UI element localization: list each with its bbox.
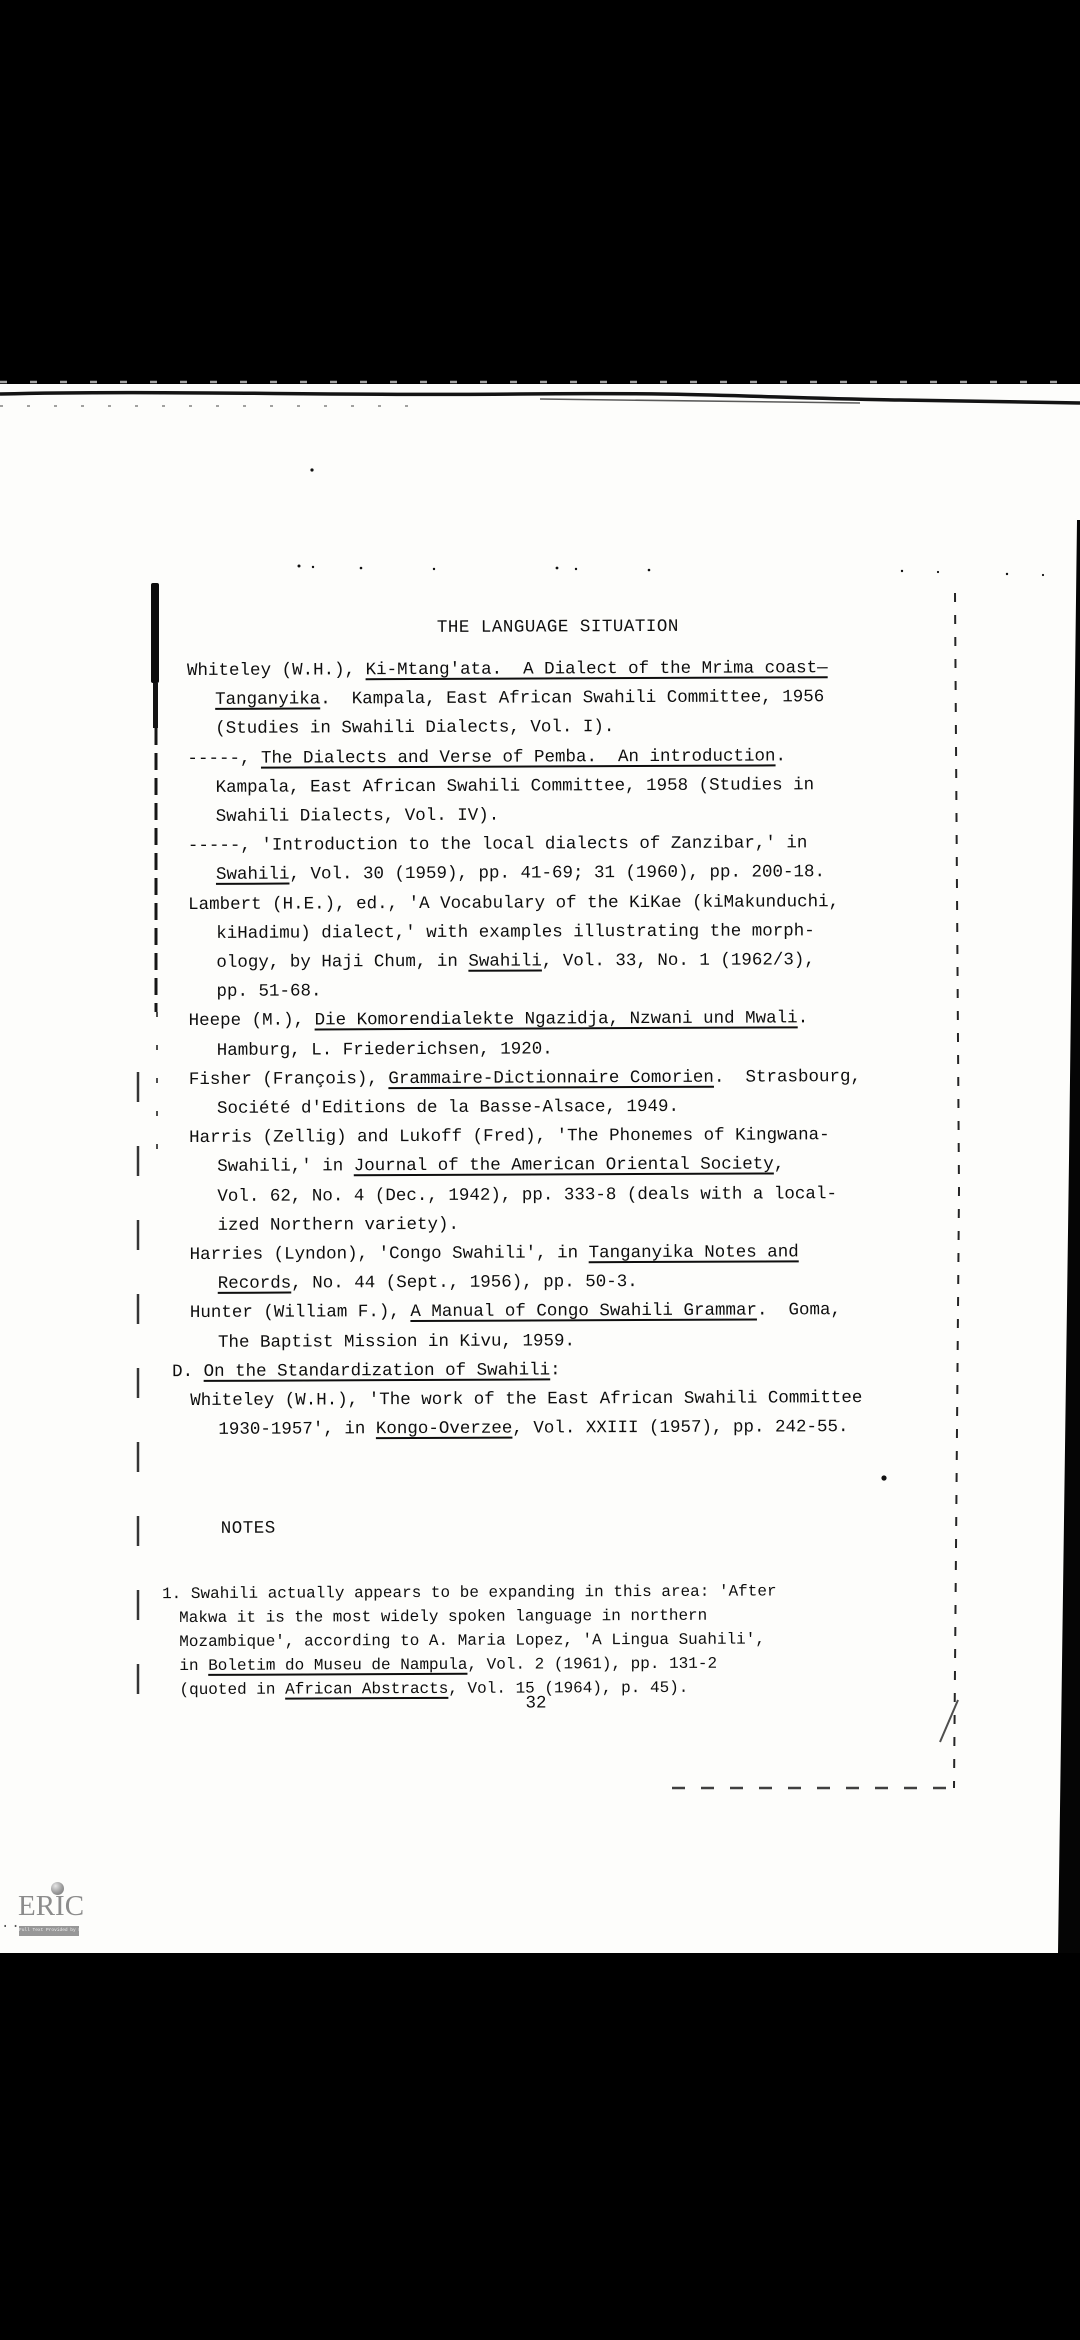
text: -----,	[187, 749, 261, 769]
bibliography-line: Kampala, East African Swahili Committee,…	[216, 777, 815, 797]
text: Swahili Dialects, Vol. IV).	[216, 806, 500, 827]
eric-logo: ERIC Full Text Provided by ERIC	[18, 1882, 80, 1942]
bibliography-line: Swahili Dialects, Vol. IV).	[216, 808, 500, 827]
underlined-text: Journal of the American Oriental Society	[354, 1154, 774, 1176]
underlined-text: On the Standardization of Swahili	[204, 1360, 551, 1382]
bibliography-line: Tanganyika. Kampala, East African Swahil…	[215, 689, 824, 709]
underlined-text: Swahili	[216, 865, 290, 885]
underlined-text: Boletim do Museu de Nampula	[208, 1656, 467, 1675]
text: Hunter (William F.),	[190, 1302, 411, 1323]
text: ized Northern variety).	[217, 1215, 459, 1236]
text: Whiteley (W.H.), 'The work of the East A…	[190, 1388, 862, 1411]
text: ,	[774, 1154, 785, 1174]
bibliography-line: Whiteley (W.H.), Ki-Mtang'ata. A Dialect…	[187, 660, 828, 680]
underlined-text: Die Komorendialekte Ngazidja, Nzwani und…	[315, 1008, 798, 1030]
text: in	[179, 1657, 208, 1675]
text: , Vol. 30 (1959), pp. 41-69; 31 (1960), …	[289, 862, 825, 884]
bibliography-line: Heepe (M.), Die Komorendialekte Ngazidja…	[189, 1010, 809, 1030]
underlined-text: Tanganyika Notes and	[589, 1242, 799, 1263]
text: :	[550, 1360, 561, 1380]
text: (Studies in Swahili Dialects, Vol. I).	[215, 717, 614, 739]
footnote-line: in Boletim do Museu de Nampula, Vol. 2 (…	[179, 1656, 717, 1674]
bibliography-line: Hunter (William F.), A Manual of Congo S…	[190, 1302, 841, 1322]
bibliography-line: -----, The Dialects and Verse of Pemba. …	[187, 748, 786, 768]
bibliography-line: Swahili,' in Journal of the American Ori…	[217, 1156, 784, 1176]
underlined-text: A Manual of Congo Swahili Grammar	[410, 1301, 757, 1323]
bibliography-line: The Baptist Mission in Kivu, 1959.	[218, 1333, 575, 1352]
top-scan-band	[0, 0, 1080, 384]
text: Vol. 62, No. 4 (Dec., 1942), pp. 333-8 (…	[217, 1184, 837, 1207]
text: Lambert (H.E.), ed., 'A Vocabulary of th…	[188, 892, 839, 915]
text: . Strasbourg,	[714, 1067, 861, 1088]
underlined-text: Records	[218, 1274, 292, 1294]
bibliography-line: ology, by Haji Chum, in Swahili, Vol. 33…	[216, 952, 815, 972]
text: (quoted in	[179, 1681, 285, 1699]
text: .	[775, 746, 786, 766]
text: Harris (Zellig) and Lukoff (Fred), 'The …	[189, 1125, 830, 1148]
text: Hamburg, L. Friederichsen, 1920.	[217, 1039, 553, 1060]
footnote-line: Mozambique', according to A. Maria Lopez…	[179, 1631, 765, 1650]
text: , Vol. 15 (1964), p. 45).	[448, 1679, 688, 1698]
footnote-line: Makwa it is the most widely spoken langu…	[179, 1608, 707, 1626]
bibliography-line: Harries (Lyndon), 'Congo Swahili', in Ta…	[190, 1244, 799, 1264]
underlined-text: Swahili	[468, 951, 542, 971]
bibliography-line: Harris (Zellig) and Lukoff (Fred), 'The …	[189, 1127, 830, 1147]
bibliography-line: ized Northern variety).	[217, 1217, 459, 1236]
text: Kampala, East African Swahili Committee,…	[216, 775, 815, 798]
text: Whiteley (W.H.),	[187, 660, 366, 681]
text: Mozambique', according to A. Maria Lopez…	[179, 1630, 765, 1651]
underlined-text: Ki-Mtang'ata. A Dialect of the Mrima coa…	[366, 658, 828, 680]
text: pp. 51-68.	[216, 981, 321, 1001]
bibliography-line: -----, 'Introduction to the local dialec…	[188, 835, 808, 855]
page-number: 32	[526, 1695, 547, 1713]
text: Swahili,' in	[217, 1156, 354, 1177]
underlined-text: Tanganyika	[215, 689, 320, 709]
bibliography-line: Whiteley (W.H.), 'The work of the East A…	[190, 1390, 862, 1410]
text: Makwa it is the most widely spoken langu…	[179, 1607, 707, 1627]
text: 1. Swahili actually appears to be expand…	[162, 1582, 777, 1603]
bibliography-line: Société d'Editions de la Basse-Alsace, 1…	[217, 1099, 679, 1119]
footnote-line: (quoted in African Abstracts, Vol. 15 (1…	[179, 1680, 688, 1698]
bibliography-line: Vol. 62, No. 4 (Dec., 1942), pp. 333-8 (…	[217, 1186, 837, 1206]
bottom-scan-band	[0, 1953, 1080, 2340]
bibliography-line: 1930-1957', in Kongo-Overzee, Vol. XXIII…	[218, 1419, 848, 1439]
bibliography-line: kiHadimu) dialect,' with examples illust…	[216, 923, 815, 943]
bibliography-line: Hamburg, L. Friederichsen, 1920.	[217, 1041, 553, 1060]
text: .	[798, 1008, 809, 1028]
text: . Goma,	[757, 1300, 841, 1320]
text: Harries (Lyndon), 'Congo Swahili', in	[190, 1243, 589, 1265]
bibliography-line: (Studies in Swahili Dialects, Vol. I).	[215, 719, 614, 738]
bibliography-line: Lambert (H.E.), ed., 'A Vocabulary of th…	[188, 894, 839, 914]
underlined-text: Grammaire-Dictionnaire Comorien	[388, 1068, 714, 1089]
text: Société d'Editions de la Basse-Alsace, 1…	[217, 1097, 679, 1119]
text: kiHadimu) dialect,' with examples illust…	[216, 921, 815, 944]
text: . Kampala, East African Swahili Committe…	[320, 687, 824, 709]
eric-logo-text: ERIC	[18, 1892, 80, 1921]
underlined-text: Kongo-Overzee	[376, 1419, 513, 1440]
bibliography-line: Records, No. 44 (Sept., 1956), pp. 50-3.	[218, 1274, 638, 1293]
text: Fisher (François),	[189, 1069, 389, 1090]
text: , No. 44 (Sept., 1956), pp. 50-3.	[291, 1272, 638, 1294]
underlined-text: The Dialects and Verse of Pemba. An intr…	[261, 746, 776, 768]
page-title: THE LANGUAGE SITUATION	[437, 619, 679, 638]
text: The Baptist Mission in Kivu, 1959.	[218, 1331, 575, 1353]
text: ology, by Haji Chum, in	[216, 952, 468, 973]
text: D.	[172, 1362, 204, 1382]
text: Heepe (M.),	[189, 1010, 315, 1031]
text: , Vol. XXIII (1957), pp. 242-55.	[512, 1417, 848, 1438]
scanned-document-page: THE LANGUAGE SITUATION Whiteley (W.H.), …	[0, 0, 1080, 2340]
underlined-text: African Abstracts	[285, 1680, 448, 1699]
text: , Vol. 2 (1961), pp. 131-2	[467, 1655, 717, 1674]
eric-banner: Full Text Provided by ERIC	[19, 1926, 79, 1936]
bibliography-line: Fisher (François), Grammaire-Dictionnair…	[189, 1069, 861, 1089]
text: 1930-1957', in	[218, 1419, 376, 1440]
footnote-line: 1. Swahili actually appears to be expand…	[162, 1583, 777, 1602]
bibliography-line: Swahili, Vol. 30 (1959), pp. 41-69; 31 (…	[216, 864, 825, 884]
text: -----, 'Introduction to the local dialec…	[188, 833, 808, 856]
notes-heading: NOTES	[221, 1521, 276, 1539]
bibliography-line: D. On the Standardization of Swahili:	[172, 1362, 561, 1381]
text: , Vol. 33, No. 1 (1962/3),	[542, 950, 815, 971]
scan-speck-dots: ..	[1, 1916, 22, 1932]
bibliography-line: pp. 51-68.	[216, 983, 321, 1001]
